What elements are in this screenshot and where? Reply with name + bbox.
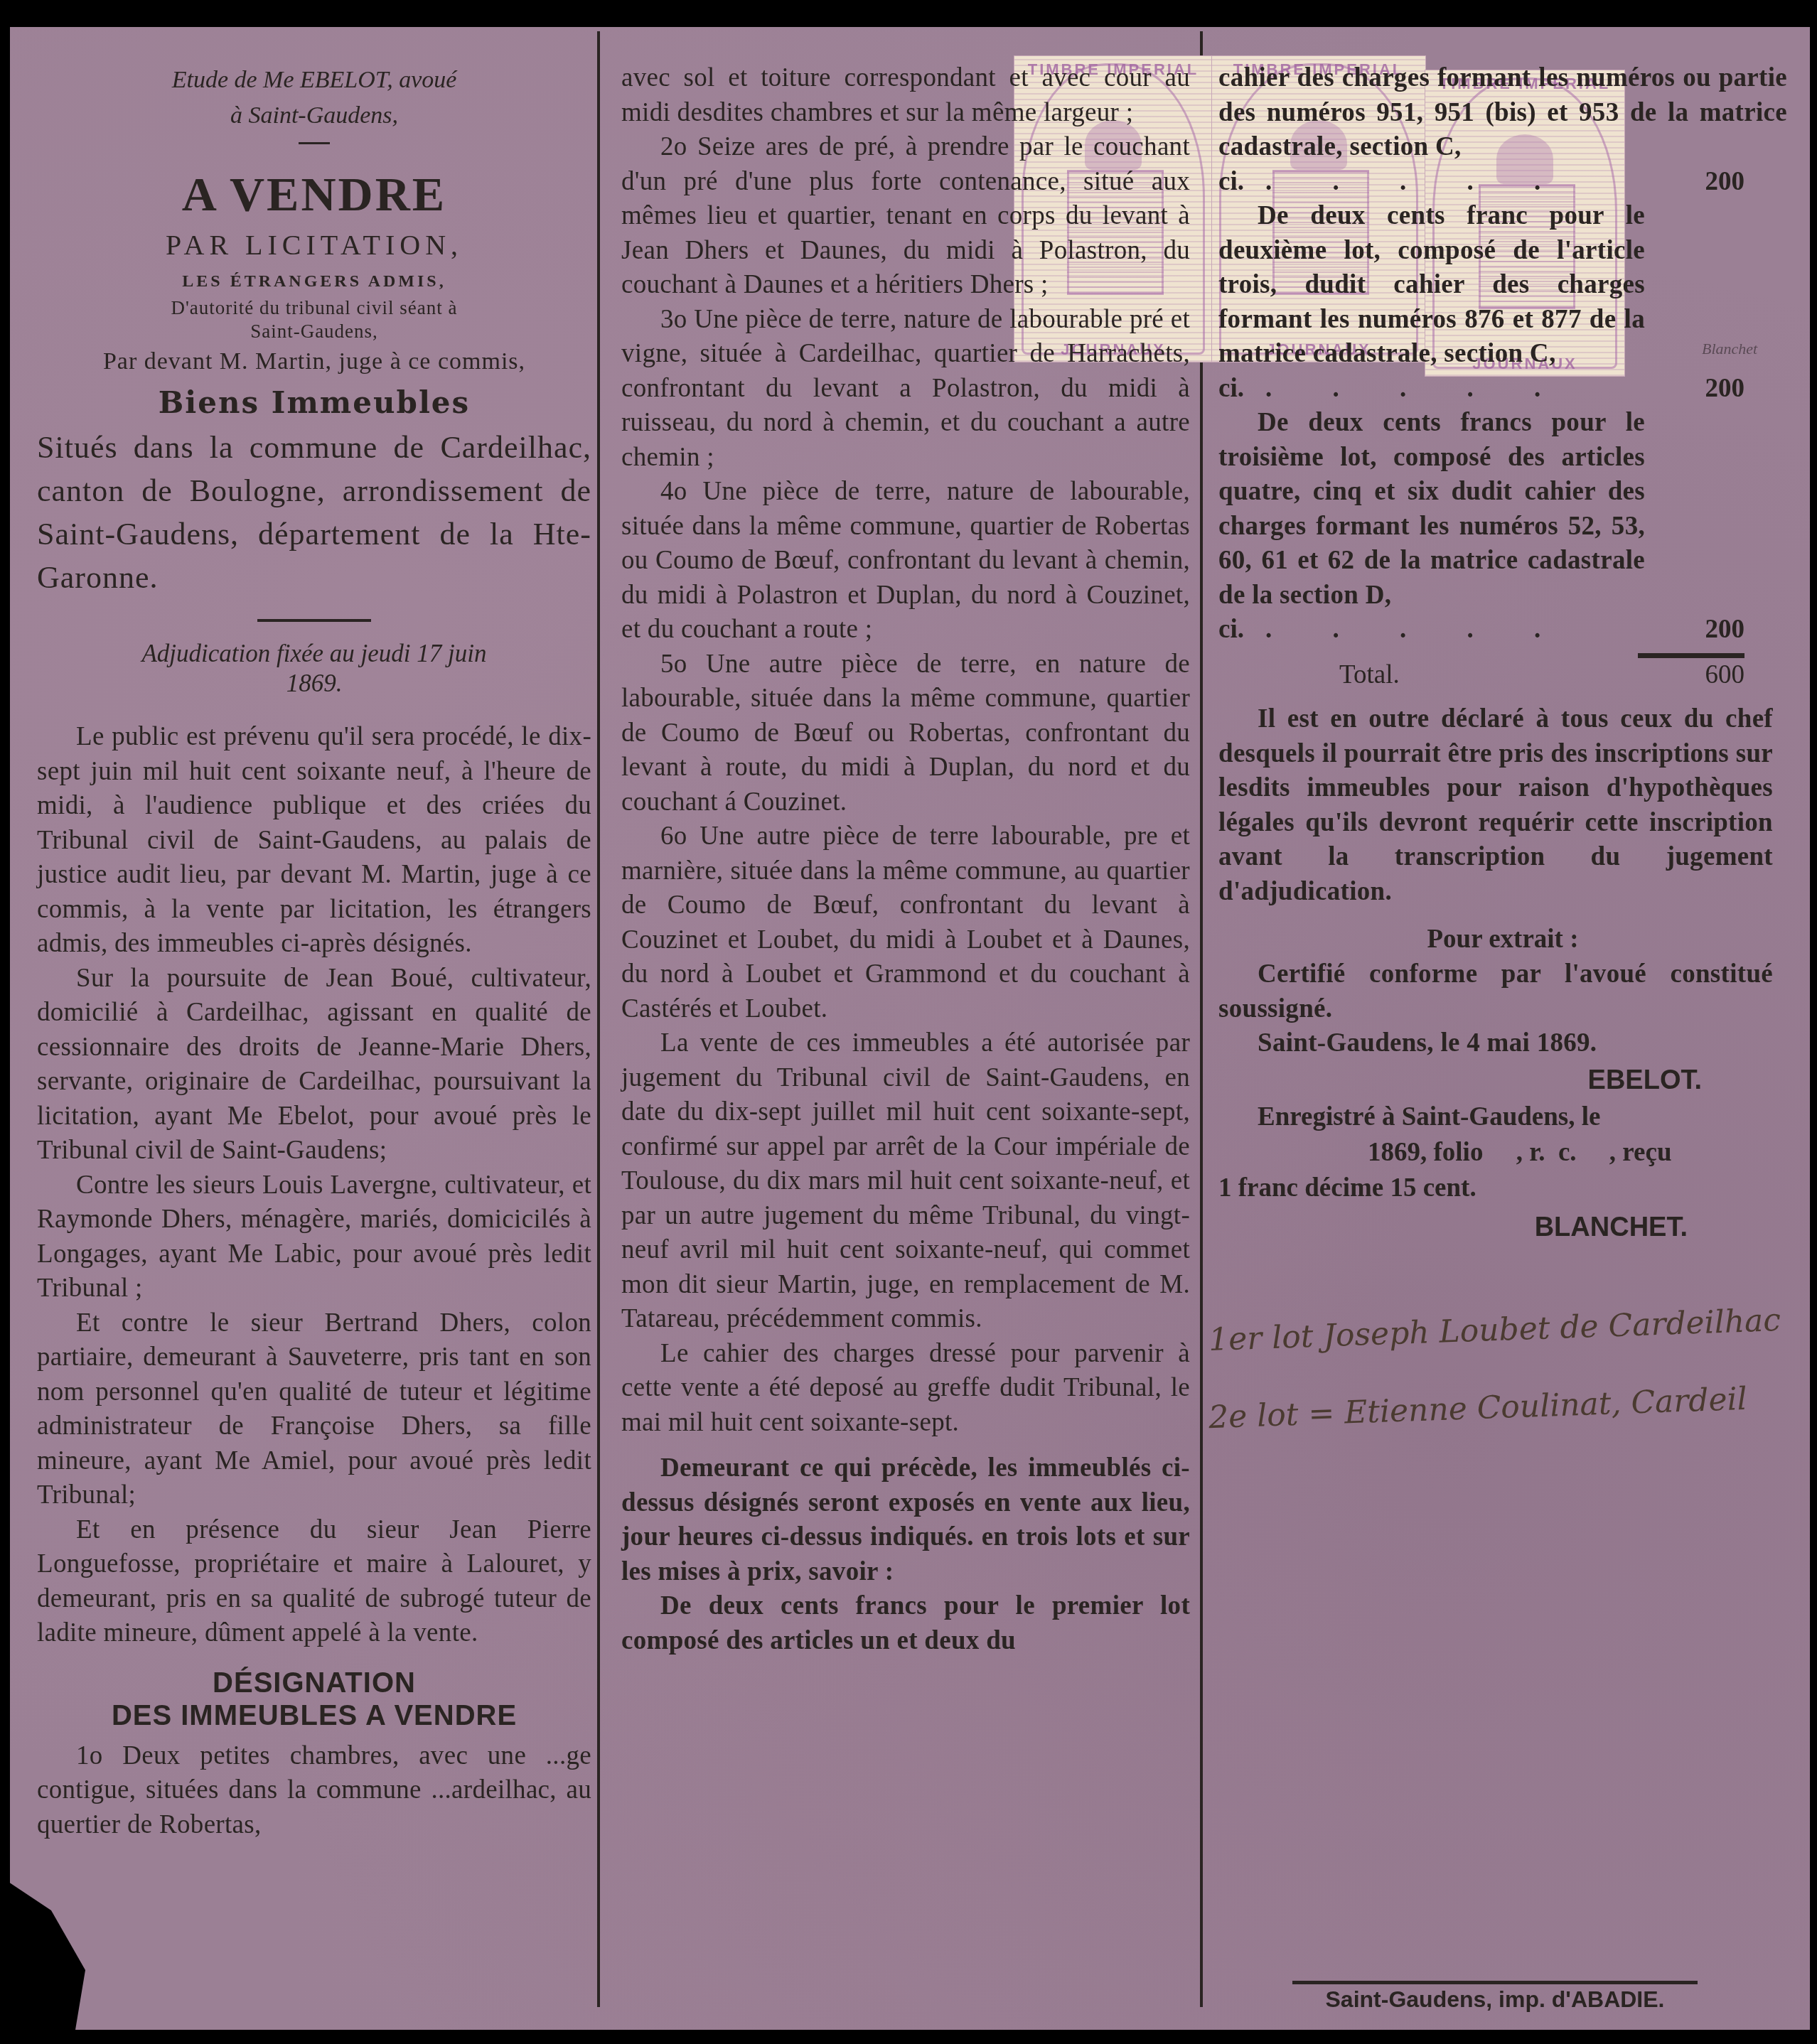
par-devant: Par devant M. Martin, juge à ce commis, <box>37 343 591 380</box>
lot-2-text: De deux cents franc pour le deuxième lot… <box>1218 199 1645 372</box>
subheadline: PAR LICITATION, <box>37 224 591 267</box>
enregistre-line-2: 1869, folio , r. c. , reçu <box>1218 1135 1787 1171</box>
lot-1-amount: 200 <box>1705 165 1788 200</box>
short-rule <box>299 142 330 144</box>
lot-3-amount-row: ci. . . . . . 200 <box>1218 613 1787 647</box>
designation-heading-2: DES IMMEUBLES A VENDRE <box>37 1699 591 1732</box>
etrangers-admis: LES ÉTRANGERS ADMIS, <box>37 267 591 296</box>
leader-dots <box>1400 658 1705 693</box>
lot-1-start-paragraph: De deux cents francs pour le premier lot… <box>621 1589 1190 1658</box>
autorite-line-1: D'autorité du tribunal civil séant à <box>37 296 591 320</box>
total-rule <box>1638 653 1744 658</box>
lieu-date: Saint-Gaudens, le 4 mai 1869. <box>1218 1026 1787 1061</box>
enregistre-line-1: Enregistré à Saint-Gaudens, le <box>1218 1099 1787 1135</box>
paragraph: Et contre le sieur Bertrand Dhers, colon… <box>37 1306 591 1513</box>
column-1: Etude de Me EBELOT, avoué à Saint-Gauden… <box>37 63 591 2030</box>
leader-dots: . . . . . <box>1244 613 1705 647</box>
certifie-paragraph: Certifié conforme par l'avoué constitué … <box>1218 957 1773 1026</box>
item-3-paragraph: 3o Une pièce de terre, nature de laboura… <box>621 303 1190 475</box>
total-amount: 600 <box>1705 658 1788 693</box>
demeurant-paragraph: Demeurant ce qui précède, les immeublés … <box>621 1451 1190 1589</box>
cahier-charges-paragraph: Le cahier des charges dressé pour parven… <box>621 1337 1190 1441</box>
lot-1-amount-row: ci. . . . . . 200 <box>1218 165 1787 200</box>
total-label: Total. <box>1218 658 1400 693</box>
handwritten-initials: Blanchet <box>1702 340 1757 358</box>
vente-autorisee-paragraph: La vente de ces immeubles a été autorisé… <box>621 1026 1190 1337</box>
lot-2-amount-row: ci. . . . . . 200 <box>1218 372 1787 407</box>
etude-line-2: à Saint-Gaudens, <box>37 98 591 134</box>
lot-3-amount: 200 <box>1705 613 1788 647</box>
lot-3-text: De deux cents francs pour le troisième l… <box>1218 406 1645 613</box>
paragraph: Sur la poursuite de Jean Boué, cultivate… <box>37 962 591 1168</box>
signature-blanchet: BLANCHET. <box>1218 1206 1787 1249</box>
lot-1-text: cahier des charges formant les numéros o… <box>1218 61 1787 165</box>
paragraph: Le public est prévenu qu'il sera procédé… <box>37 720 591 962</box>
item-5-paragraph: 5o Une autre pièce de terre, en nature d… <box>621 647 1190 820</box>
paragraph: avec sol et toiture correspondant et ave… <box>621 61 1190 130</box>
item-4-paragraph: 4o Une pièce de terre, nature de laboura… <box>621 475 1190 647</box>
autorite-line-2: Saint-Gaudens, <box>37 320 591 343</box>
adjudication-line-2: 1869. <box>37 669 591 699</box>
etude-line-1: Etude de Me EBELOT, avoué <box>37 63 591 98</box>
section-rule <box>257 619 371 622</box>
item-1-paragraph: 1o Deux petites chambres, avec une ...ge… <box>37 1739 591 1843</box>
designation-heading-1: DÉSIGNATION <box>37 1667 591 1699</box>
pour-extrait: Pour extrait : <box>1218 922 1787 957</box>
adjudication-line-1: Adjudication fixée au jeudi 17 juin <box>37 639 591 669</box>
biens-immeubles-heading: Biens Immeubles <box>37 380 591 426</box>
ci-label: ci. <box>1218 372 1244 407</box>
total-row: Total. 600 <box>1218 658 1787 693</box>
situes-paragraph: Situés dans la commune de Cardeilhac, ca… <box>37 426 591 599</box>
ci-label: ci. <box>1218 613 1244 647</box>
leader-dots: . . . . . <box>1244 165 1705 200</box>
paragraph: Et en présence du sieur Jean Pierre Long… <box>37 1513 591 1651</box>
lot-2-amount: 200 <box>1705 372 1788 407</box>
leader-dots: . . . . . <box>1244 372 1705 407</box>
enregistre-line-3: 1 franc décime 15 cent. <box>1218 1171 1787 1206</box>
item-2-paragraph: 2o Seize ares de pré, à prendre par le c… <box>621 130 1190 303</box>
signature-ebelot: EBELOT. <box>1218 1061 1787 1099</box>
item-6-paragraph: 6o Une autre pièce de terre labourable, … <box>621 819 1190 1026</box>
column-2: avec sol et toiture correspondant et ave… <box>621 61 1190 2030</box>
headline: A VENDRE <box>37 164 591 224</box>
printer-imprint: Saint-Gaudens, imp. d'ABADIE. <box>1292 1986 1698 2013</box>
declaration-paragraph: Il est en outre déclaré à tous ceux du c… <box>1218 702 1773 909</box>
paragraph: Contre les sieurs Louis Lavergne, cultiv… <box>37 1168 591 1306</box>
imprint-rule <box>1292 1981 1698 1984</box>
newspaper-clipping: TIMBRE IMPERIAL JOURNAUX TIMBRE IMPERIAL… <box>10 27 1810 2030</box>
ci-label: ci. <box>1218 165 1244 200</box>
column-divider-1 <box>597 31 600 2007</box>
